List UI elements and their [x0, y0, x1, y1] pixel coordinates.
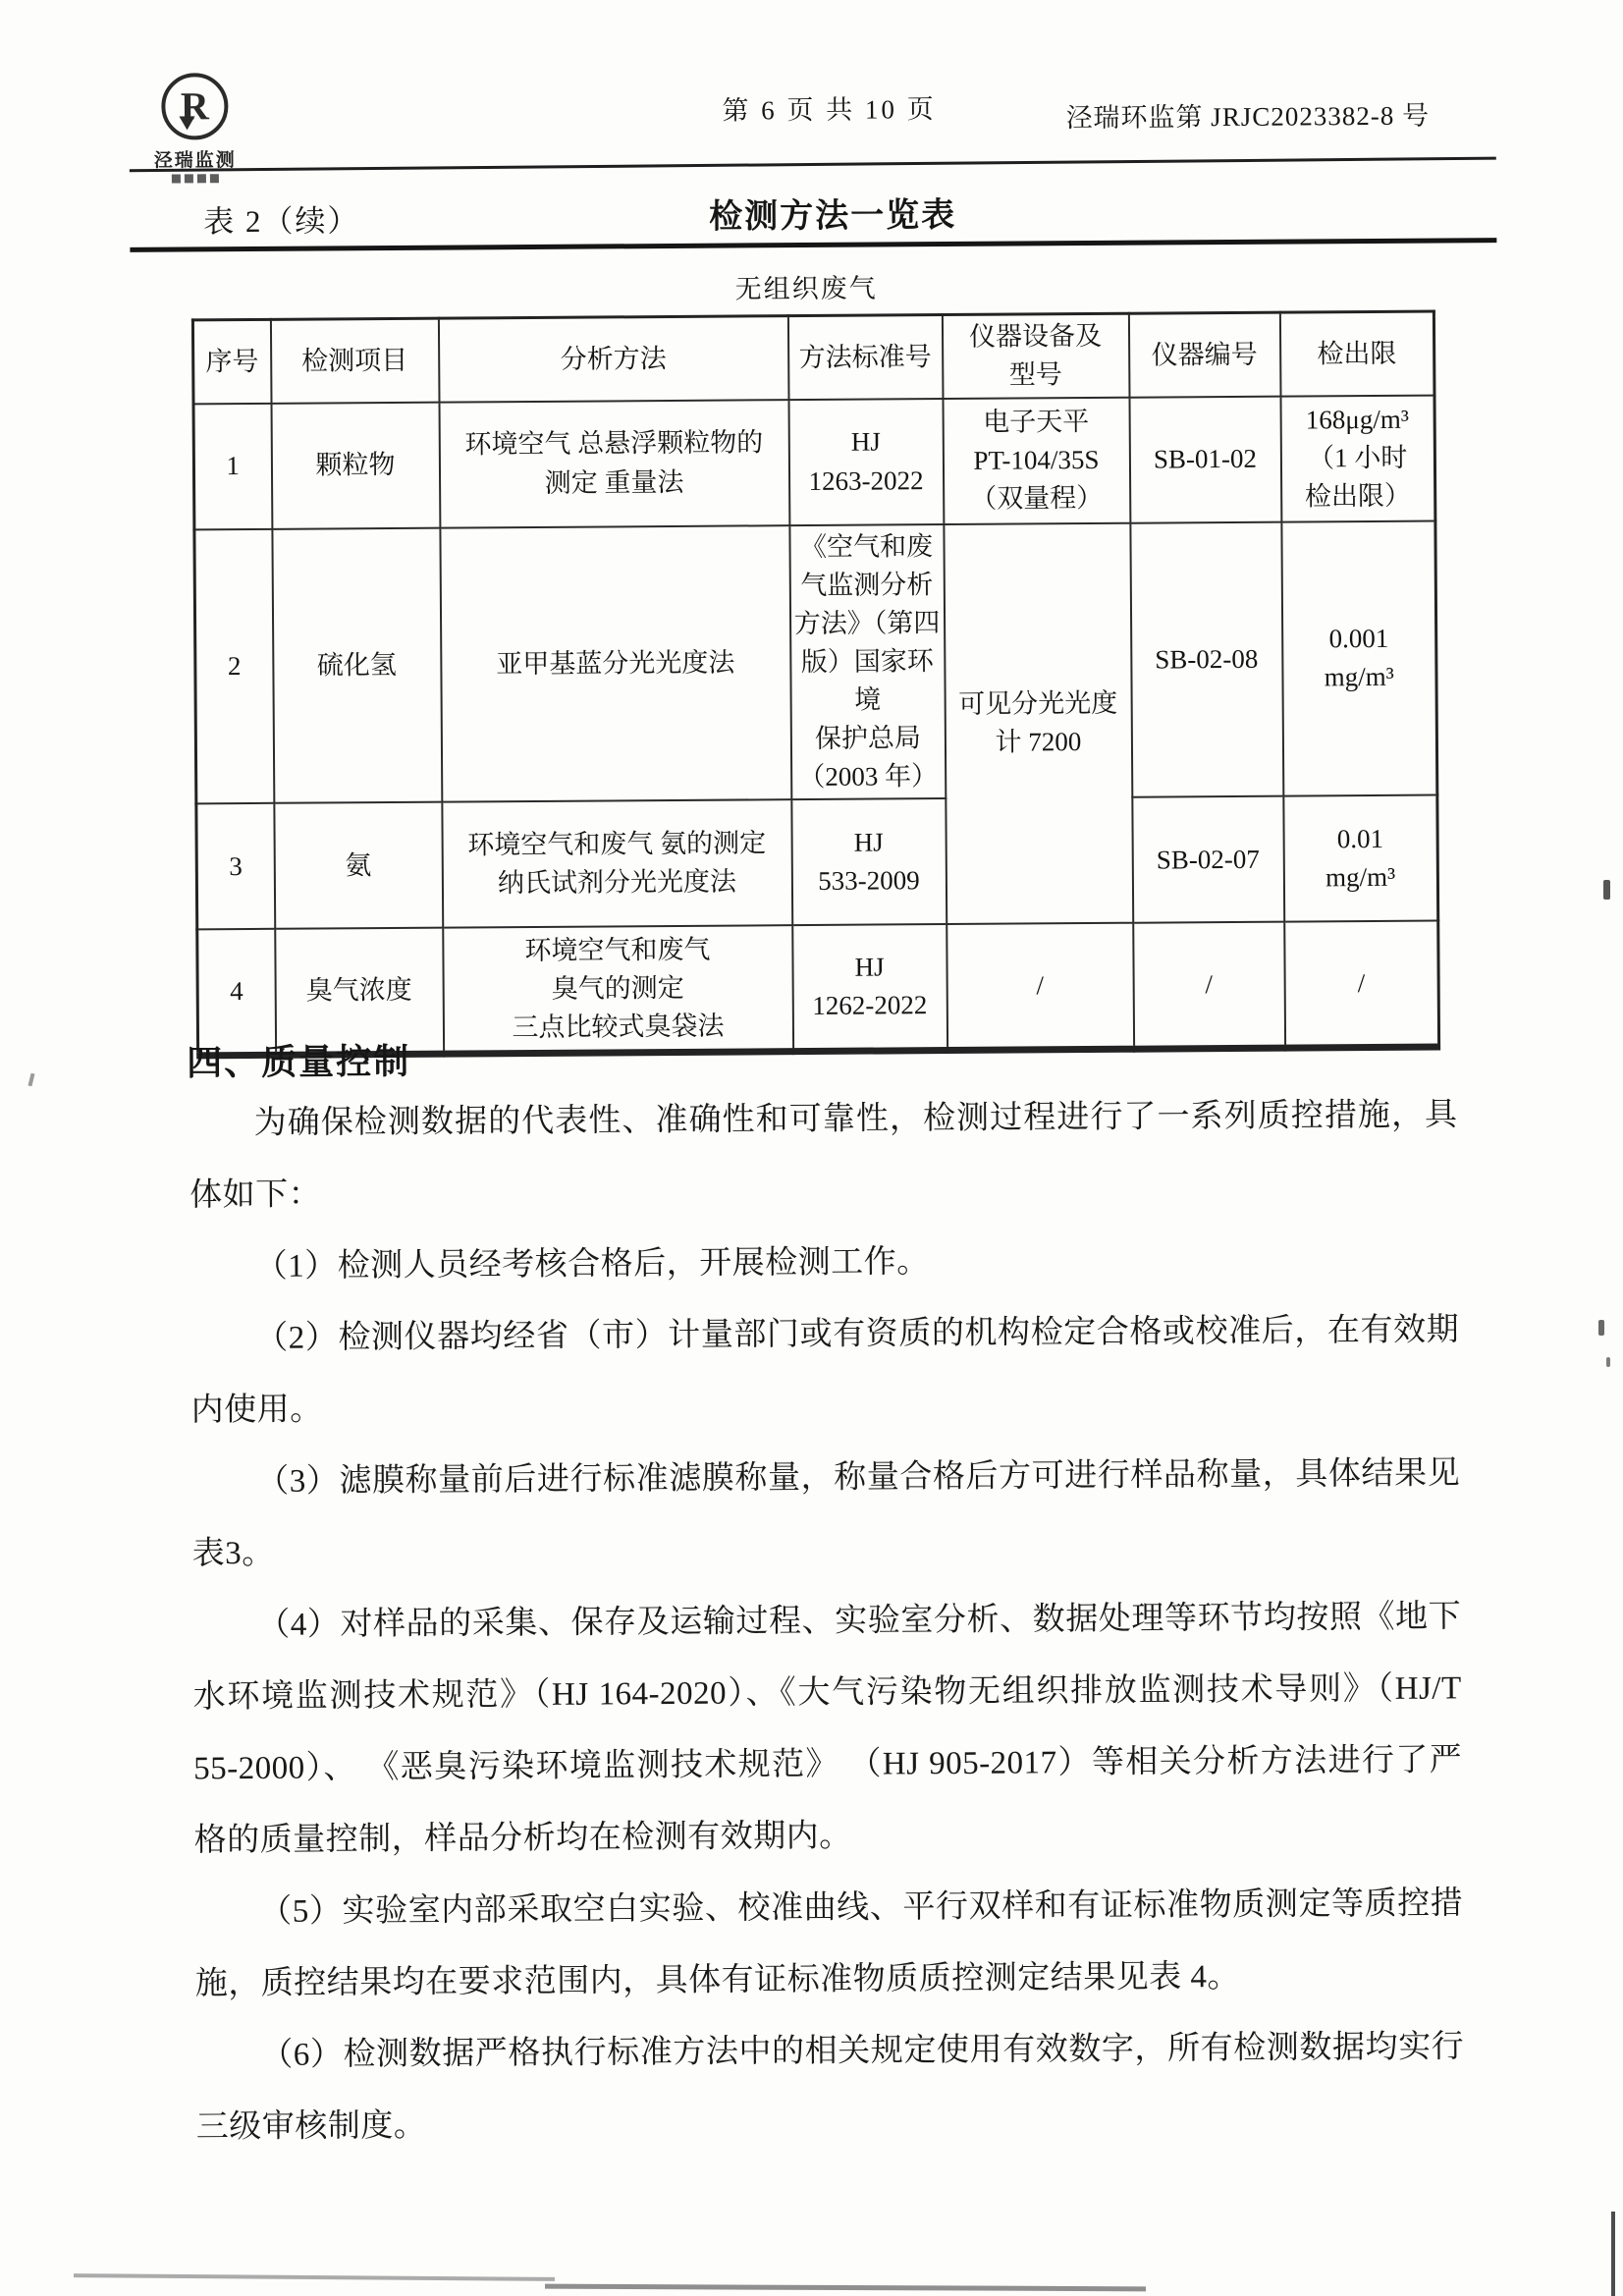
cell-instrument-id: SB-01-02	[1129, 396, 1281, 522]
paragraph: 为确保检测数据的代表性、准确性和可靠性，检测过程进行了一系列质控措施，具体如下：	[189, 1079, 1458, 1231]
section-heading: 四、质量控制	[187, 1034, 410, 1086]
scan-artifact	[1598, 1320, 1604, 1336]
cell-standard: HJ 1263-2022	[788, 399, 944, 525]
col-header-standard: 方法标准号	[787, 315, 943, 400]
table-header-row: 序号 检测项目 分析方法 方法标准号 仪器设备及 型号 仪器编号 检出限	[192, 311, 1434, 404]
methods-table-container: 序号 检测项目 分析方法 方法标准号 仪器设备及 型号 仪器编号 检出限 1 颗…	[191, 310, 1440, 1060]
col-header-detection-limit: 检出限	[1279, 311, 1434, 396]
paragraph: （4）对样品的采集、保存及运输过程、实验室分析、数据处理等环节均按照《地下水环境…	[192, 1581, 1463, 1877]
scan-artifact	[1603, 880, 1610, 900]
cell-detection-limit: 0.001 mg/m³	[1281, 520, 1437, 796]
methods-table: 序号 检测项目 分析方法 方法标准号 仪器设备及 型号 仪器编号 检出限 1 颗…	[191, 310, 1440, 1060]
scan-artifact	[1611, 2212, 1615, 2296]
section-body: 为确保检测数据的代表性、准确性和可靠性，检测过程进行了一系列质控措施，具体如下：…	[189, 1079, 1465, 2163]
col-header-method: 分析方法	[438, 316, 788, 402]
cell-method: 环境空气和废气 臭气的测定 三点比较式臭袋法	[443, 926, 793, 1054]
cell-no: 2	[194, 528, 274, 804]
logo-small-print	[141, 174, 249, 184]
cell-item: 颗粒物	[271, 402, 440, 528]
col-header-instrument-id: 仪器编号	[1128, 312, 1280, 397]
page-content: R 泾瑞监测 第 6 页 共 10 页 泾瑞环监第 JRJC2023382-8 …	[0, 0, 1623, 2296]
header-rule	[130, 157, 1496, 173]
col-header-instrument: 仪器设备及 型号	[942, 313, 1129, 398]
cell-no: 3	[196, 803, 275, 930]
col-header-item: 检测项目	[270, 318, 439, 403]
cell-item: 硫化氢	[272, 527, 442, 803]
cell-method: 亚甲基蓝分光光度法	[440, 525, 791, 802]
paragraph: （6）检测数据严格执行标准方法中的相关规定使用有效数字，所有检测数据均实行三级审…	[195, 2011, 1465, 2163]
table-row: 3 氨 环境空气和废气 氨的测定 纳氏试剂分光光度法 HJ 533-2009 S…	[196, 795, 1438, 930]
cell-instrument-id: SB-02-07	[1132, 796, 1284, 923]
cell-instrument-merged: 可见分光光度 计 7200	[944, 522, 1133, 924]
table-title: 检测方法一览表	[709, 188, 956, 238]
table-subtitle: 无组织废气	[0, 261, 1618, 311]
document-number: 泾瑞环监第 JRJC2023382-8 号	[1065, 94, 1430, 136]
logo-triangle-icon	[179, 116, 194, 130]
cell-detection-limit: 168μg/m³ （1 小时 检出限）	[1280, 395, 1435, 521]
company-logo: R 泾瑞监测	[140, 73, 249, 184]
cell-detection-limit: 0.01 mg/m³	[1283, 795, 1438, 922]
cell-standard: 《空气和废 气监测分析 方法》（第四 版）国家环境 保护总局 （2003 年）	[789, 524, 946, 800]
table-row: 1 颗粒物 环境空气 总悬浮颗粒物的 测定 重量法 HJ 1263-2022 电…	[193, 395, 1435, 529]
cell-method: 环境空气 总悬浮颗粒物的 测定 重量法	[439, 400, 789, 527]
paragraph: （5）实验室内部采取空白实验、校准曲线、平行双样和有证标准物质测定等质控措施，质…	[194, 1868, 1464, 2020]
cell-standard: HJ 1262-2022	[792, 925, 947, 1052]
paragraph: （3）滤膜称量前后进行标准滤膜称量，称量合格后方可进行样品称量，具体结果见表3。	[191, 1438, 1461, 1590]
cell-item: 氨	[274, 802, 443, 929]
cell-no: 1	[193, 403, 272, 529]
scanned-report-page: R 泾瑞监测 第 6 页 共 10 页 泾瑞环监第 JRJC2023382-8 …	[0, 0, 1623, 2296]
scan-artifact	[1606, 1357, 1610, 1367]
table-row: 2 硫化氢 亚甲基蓝分光光度法 《空气和废 气监测分析 方法》（第四 版）国家环…	[194, 520, 1437, 804]
cell-instrument-id: /	[1133, 922, 1285, 1049]
page-number: 第 6 页 共 10 页	[722, 87, 937, 128]
col-header-no: 序号	[192, 319, 271, 404]
table-label: 表 2（续）	[203, 195, 360, 241]
paragraph: （2）检测仪器均经省（市）计量部门或有资质的机构检定合格或校准后，在有效期内使用…	[190, 1294, 1460, 1447]
cell-standard: HJ 533-2009	[791, 799, 947, 926]
cell-method: 环境空气和废气 氨的测定 纳氏试剂分光光度法	[442, 800, 792, 928]
cell-detection-limit: /	[1284, 921, 1439, 1048]
cell-instrument: /	[947, 923, 1134, 1050]
cell-instrument-id: SB-02-08	[1130, 521, 1283, 797]
logo-mark-icon: R	[161, 73, 228, 139]
paragraph: （1）检测人员经考核合格后，开展检测工作。	[189, 1223, 1458, 1303]
cell-instrument: 电子天平 PT-104/35S （双量程）	[943, 397, 1130, 523]
